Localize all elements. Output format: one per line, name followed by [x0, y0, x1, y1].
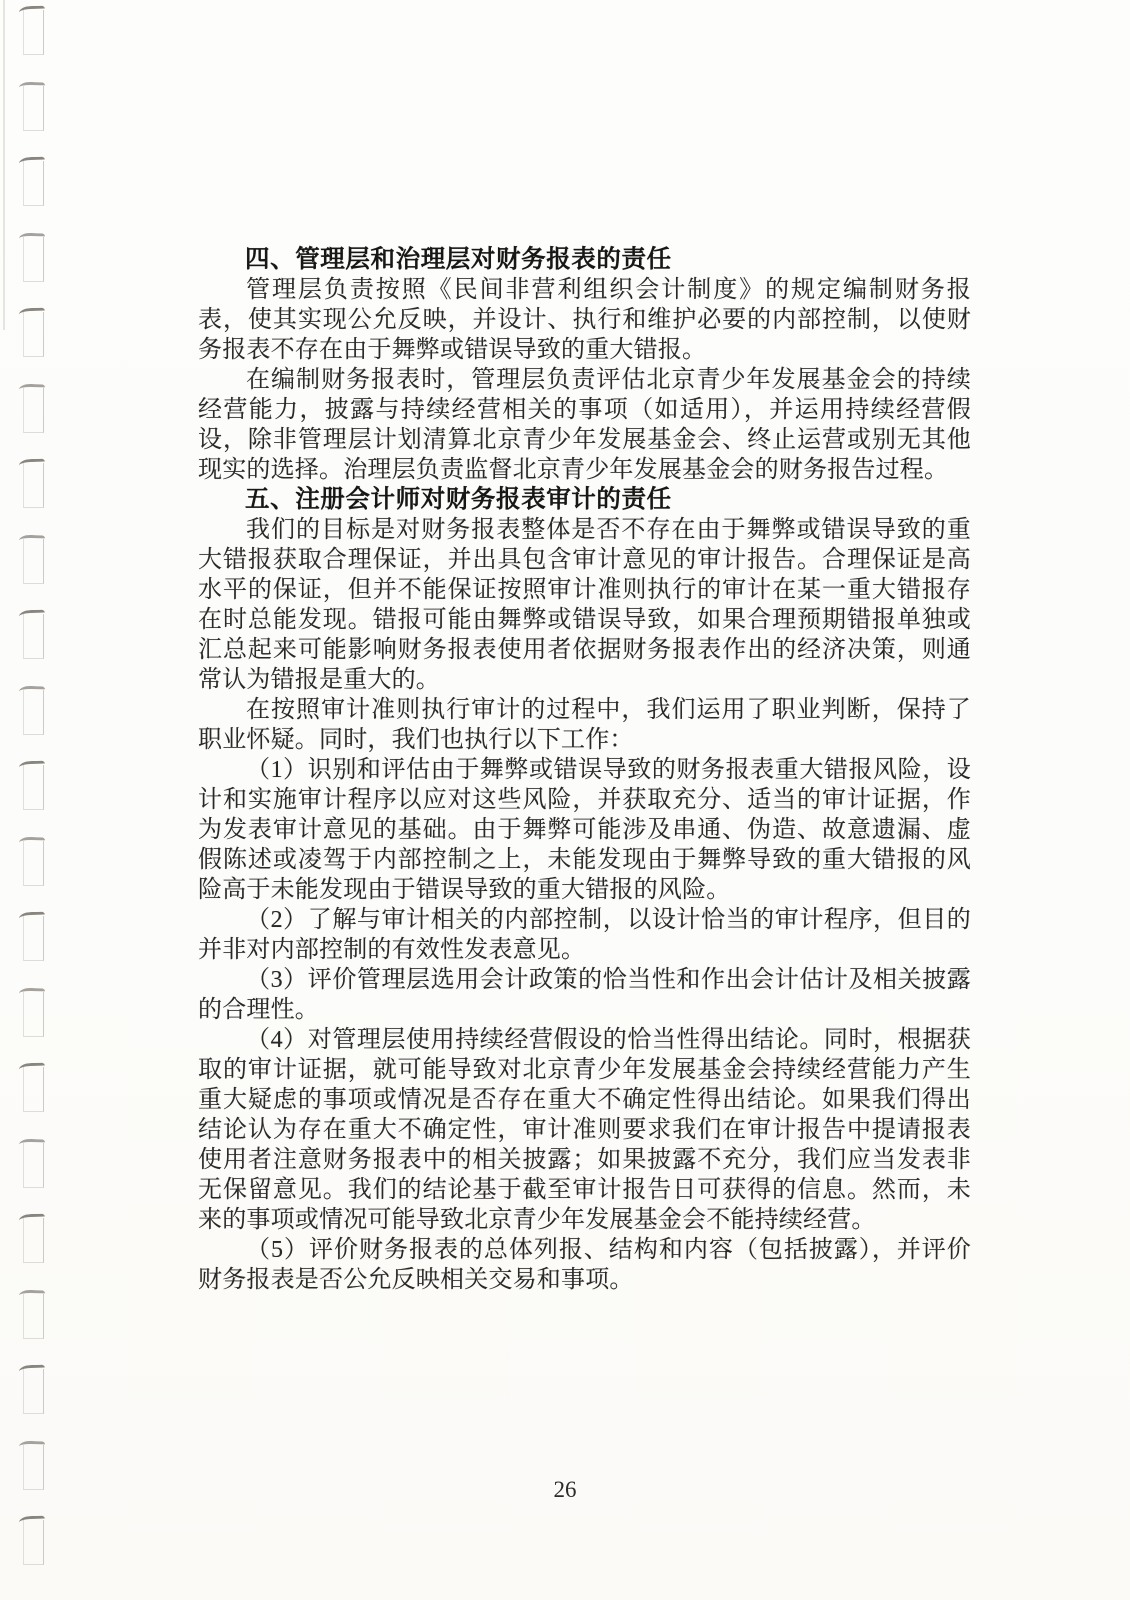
- binding-hole-mark: [21, 761, 44, 811]
- binding-hole-mark: [21, 82, 44, 132]
- binding-hole-mark: [21, 1516, 44, 1566]
- audit-work-item: （5）评价财务报表的总体列报、结构和内容（包括披露），并评价财务报表是否公允反映…: [198, 1235, 971, 1295]
- body-paragraph: 管理层负责按照《民间非营利组织会计制度》的规定编制财务报表，使其实现公允反映，并…: [198, 275, 971, 365]
- binding-hole-mark: [21, 1214, 44, 1264]
- body-paragraph: 在编制财务报表时，管理层负责评估北京青少年发展基金会的持续经营能力，披露与持续经…: [198, 365, 971, 485]
- binding-hole-mark: [21, 912, 44, 962]
- page-number: 26: [0, 1477, 1130, 1503]
- binding-hole-mark: [21, 1139, 44, 1189]
- binding-hole-mark: [21, 6, 44, 56]
- binding-hole-mark: [21, 1365, 44, 1415]
- binding-hole-mark: [21, 610, 44, 660]
- section-heading: 五、注册会计师对财务报表审计的责任: [198, 485, 971, 515]
- binding-hole-mark: [21, 459, 44, 509]
- scanned-document-page: 四、管理层和治理层对财务报表的责任管理层负责按照《民间非营利组织会计制度》的规定…: [0, 0, 1130, 1600]
- binding-hole-mark: [21, 988, 44, 1038]
- audit-work-item: （1）识别和评估由于舞弊或错误导致的财务报表重大错报风险，设计和实施审计程序以应…: [198, 755, 971, 905]
- binding-hole-mark: [21, 233, 44, 283]
- binding-hole-mark: [21, 837, 44, 887]
- section-heading: 四、管理层和治理层对财务报表的责任: [198, 245, 971, 275]
- document-body: 四、管理层和治理层对财务报表的责任管理层负责按照《民间非营利组织会计制度》的规定…: [198, 245, 971, 1295]
- binding-hole-mark: [21, 535, 44, 585]
- audit-work-item: （2）了解与审计相关的内部控制，以设计恰当的审计程序，但目的并非对内部控制的有效…: [198, 905, 971, 965]
- audit-work-item: （3）评价管理层选用会计政策的恰当性和作出会计估计及相关披露的合理性。: [198, 965, 971, 1025]
- audit-work-item: （4）对管理层使用持续经营假设的恰当性得出结论。同时，根据获取的审计证据，就可能…: [198, 1025, 971, 1235]
- binding-hole-mark: [21, 308, 44, 358]
- binding-marks: [0, 0, 60, 1600]
- binding-hole-mark: [21, 686, 44, 736]
- binding-hole-mark: [21, 384, 44, 434]
- body-paragraph: 我们的目标是对财务报表整体是否不存在由于舞弊或错误导致的重大错报获取合理保证，并…: [198, 515, 971, 695]
- body-paragraph: 在按照审计准则执行审计的过程中，我们运用了职业判断，保持了职业怀疑。同时，我们也…: [198, 695, 971, 755]
- binding-hole-mark: [21, 1290, 44, 1340]
- binding-hole-mark: [21, 1063, 44, 1113]
- binding-hole-mark: [21, 157, 44, 207]
